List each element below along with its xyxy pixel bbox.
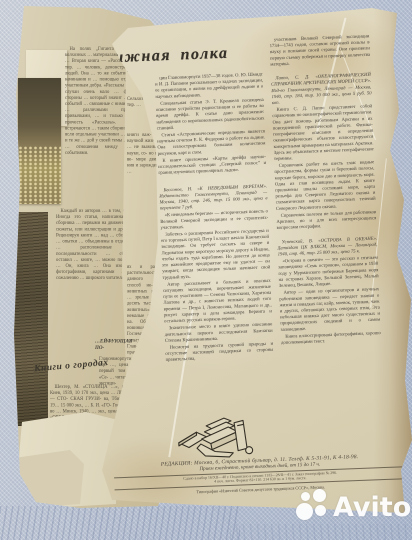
fabric-fringe: [0, 506, 240, 540]
column-main: ции Главсевморпути 1937—38 годов. О. Ю. …: [155, 71, 277, 447]
sepia-photo-field: [18, 78, 61, 204]
book-entry-lappo: Лаппо, С. Д. «ОКЕАНОГРАФИЧЕСКИЙ СПРАВОЧН…: [271, 72, 372, 106]
book-entry-uspensky: Успенский, В. «ОСТРОВА В ОКЕАНЕ». Детизд…: [277, 235, 378, 257]
column-right: участников Великой Северной экспедиции 1…: [269, 33, 385, 449]
books-tailpiece-illustration: [170, 410, 258, 465]
avito-watermark-label: Avito: [333, 492, 411, 523]
melon-pile-texture: [18, 146, 61, 204]
book-entry-nevedomym: Бессонов, Н. «К НЕВЕДОМЫМ БЕРЕГАМ». Изда…: [159, 183, 268, 212]
section-title: нижная полка: [104, 43, 265, 67]
avito-logo-icon: [296, 489, 330, 525]
avito-watermark: Avito: [296, 489, 411, 525]
photo-of-old-magazine-page: На полях „Гиганта“ … Книга о колхозных ……: [0, 0, 412, 540]
fabric-fringe: [230, 524, 412, 540]
